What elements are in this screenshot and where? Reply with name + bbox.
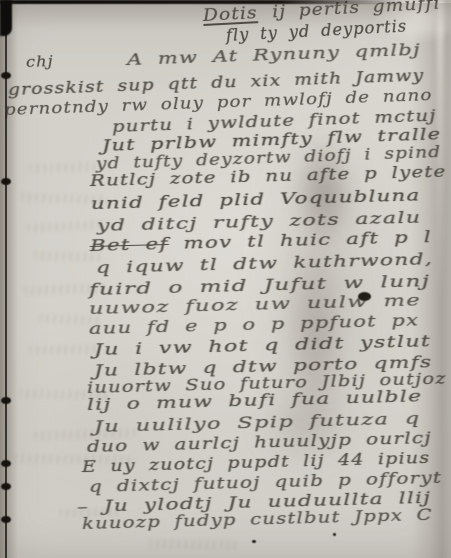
ink-blot xyxy=(358,292,371,301)
ink-blot xyxy=(333,533,336,536)
binding-stitch xyxy=(1,483,11,490)
binding-edge-line xyxy=(5,0,7,558)
binding-stitch xyxy=(1,178,11,185)
binding-stitch xyxy=(1,72,11,79)
manuscript-line: A mw At Rynuny qmlbj xyxy=(127,40,422,69)
binding-stitch xyxy=(1,460,11,467)
binding-stitch xyxy=(1,397,11,404)
ink-blot xyxy=(252,540,256,543)
top-edge-shade xyxy=(0,3,451,29)
photo-top-edge xyxy=(0,0,402,4)
binding-corner-patch xyxy=(0,0,12,36)
manuscript-line: chj xyxy=(26,52,54,71)
handwriting-text-layer: Dotis ij pertis gmuffifly ty yd deyporti… xyxy=(0,0,451,558)
manuscript-photo: Dotis ij pertis gmuffifly ty yd deyporti… xyxy=(0,0,451,558)
binding-stitch xyxy=(1,516,11,523)
binding-gutter-shade xyxy=(0,0,18,558)
struck-words: Bet ef xyxy=(90,234,169,255)
